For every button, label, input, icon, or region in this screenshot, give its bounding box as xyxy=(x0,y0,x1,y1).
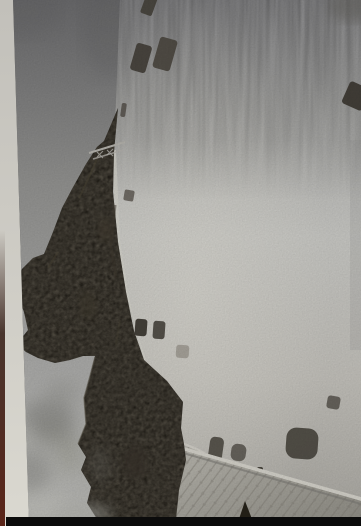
page-edge-line xyxy=(0,230,5,526)
photograph-monastery-cliff xyxy=(0,0,361,526)
book-page xyxy=(0,0,361,526)
photo-bottom-border xyxy=(6,517,361,526)
film-grain xyxy=(13,0,361,526)
